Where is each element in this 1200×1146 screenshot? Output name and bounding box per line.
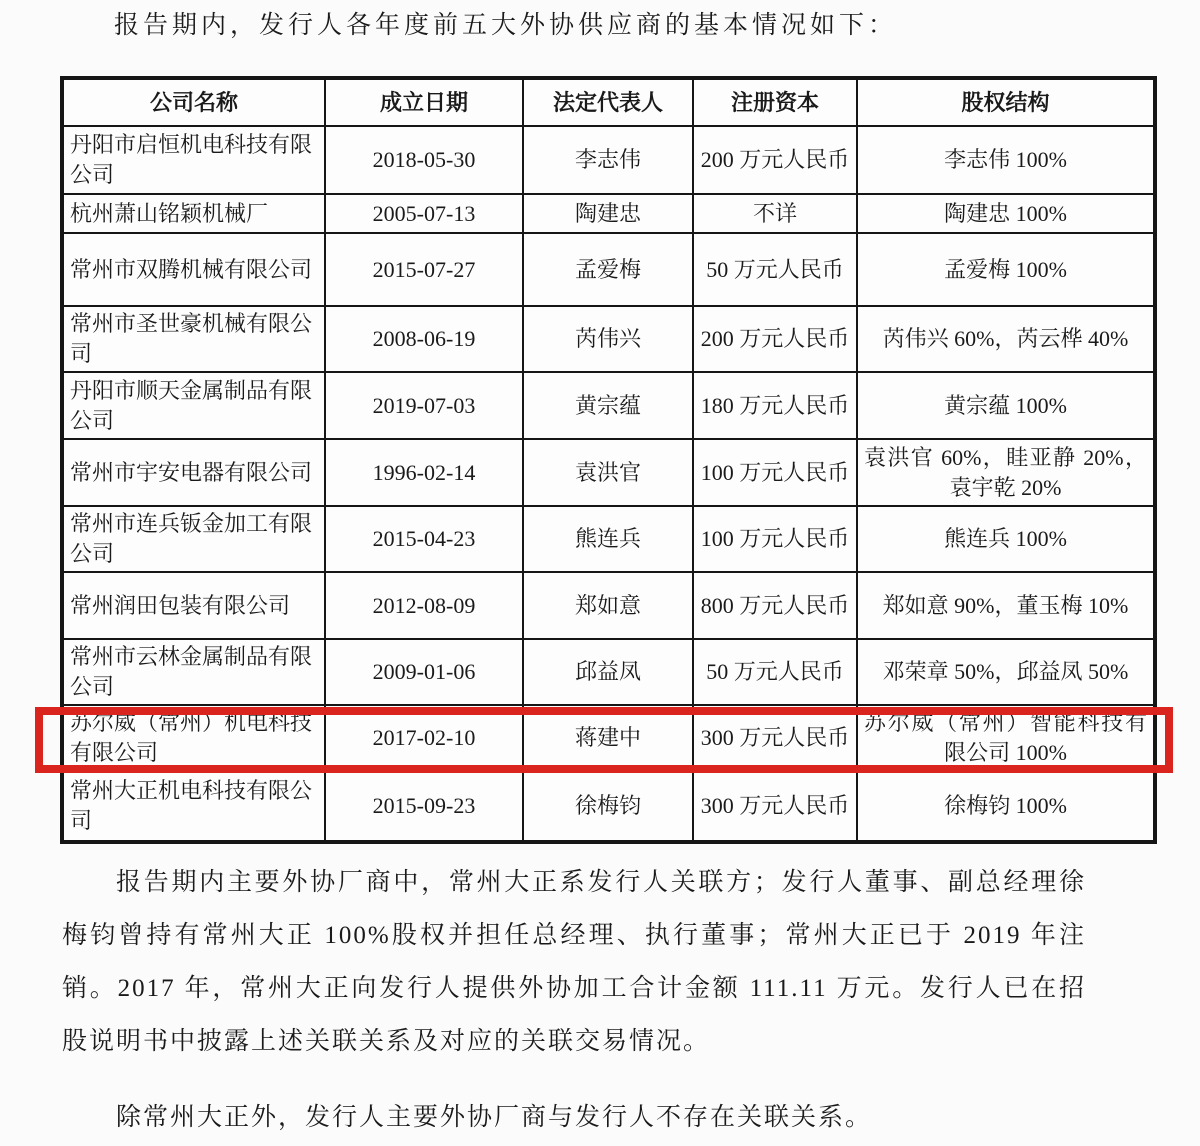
- document-page: 报告期内，发行人各年度前五大外协供应商的基本情况如下： 公司名称 成立日期 法定…: [0, 0, 1200, 1146]
- conclusion-paragraph: 除常州大正外，发行人主要外协厂商与发行人不存在关联关系。: [62, 1098, 1086, 1138]
- establish-date-cell: 2015-09-23: [325, 771, 523, 842]
- registered-capital-cell: 不详: [693, 194, 857, 233]
- ownership-structure-cell: 郑如意 90%，董玉梅 10%: [857, 572, 1155, 639]
- table-row: 常州市双腾机械有限公司 2015-07-27 孟爱梅 50 万元人民币 孟爱梅 …: [62, 233, 1155, 306]
- establish-date-cell: 2015-07-27: [325, 233, 523, 306]
- legal-representative-cell: 熊连兵: [523, 506, 693, 572]
- table-row: 常州润田包装有限公司 2012-08-09 郑如意 800 万元人民币 郑如意 …: [62, 572, 1155, 639]
- legal-representative-cell: 陶建忠: [523, 194, 693, 233]
- legal-representative-cell: 徐梅钧: [523, 771, 693, 842]
- ownership-structure-cell: 袁洪官 60%，眭亚静 20%，袁宇乾 20%: [857, 439, 1155, 506]
- registered-capital-cell: 180 万元人民币: [693, 372, 857, 439]
- table-row: 丹阳市顺天金属制品有限公司 2019-07-03 黄宗蕴 180 万元人民币 黄…: [62, 372, 1155, 439]
- header-legal-representative: 法定代表人: [523, 78, 693, 126]
- registered-capital-cell: 100 万元人民币: [693, 439, 857, 506]
- establish-date-cell: 2008-06-19: [325, 306, 523, 372]
- table-header-row: 公司名称 成立日期 法定代表人 注册资本 股权结构: [62, 78, 1155, 126]
- ownership-structure-cell: 陶建忠 100%: [857, 194, 1155, 233]
- establish-date-cell: 2015-04-23: [325, 506, 523, 572]
- company-name-cell: 常州润田包装有限公司: [62, 572, 325, 639]
- establish-date-cell: 2009-01-06: [325, 639, 523, 705]
- establish-date-cell: 1996-02-14: [325, 439, 523, 506]
- header-establish-date: 成立日期: [325, 78, 523, 126]
- ownership-structure-cell: 徐梅钧 100%: [857, 771, 1155, 842]
- table-row: 丹阳市启恒机电科技有限公司 2018-05-30 李志伟 200 万元人民币 李…: [62, 126, 1155, 194]
- company-name-cell: 常州市宇安电器有限公司: [62, 439, 325, 506]
- registered-capital-cell: 50 万元人民币: [693, 233, 857, 306]
- legal-representative-cell: 黄宗蕴: [523, 372, 693, 439]
- table-row: 常州市圣世豪机械有限公司 2008-06-19 芮伟兴 200 万元人民币 芮伟…: [62, 306, 1155, 372]
- registered-capital-cell: 200 万元人民币: [693, 306, 857, 372]
- intro-paragraph: 报告期内，发行人各年度前五大外协供应商的基本情况如下：: [62, 6, 1102, 46]
- legal-representative-cell: 孟爱梅: [523, 233, 693, 306]
- company-name-cell: 常州市连兵钣金加工有限公司: [62, 506, 325, 572]
- table-row: 杭州萧山铭颖机械厂 2005-07-13 陶建忠 不详 陶建忠 100%: [62, 194, 1155, 233]
- company-name-cell: 丹阳市启恒机电科技有限公司: [62, 126, 325, 194]
- company-name-cell: 杭州萧山铭颖机械厂: [62, 194, 325, 233]
- company-name-cell: 常州大正机电科技有限公司: [62, 771, 325, 842]
- ownership-structure-cell: 芮伟兴 60%，芮云桦 40%: [857, 306, 1155, 372]
- table-row: 常州市宇安电器有限公司 1996-02-14 袁洪官 100 万元人民币 袁洪官…: [62, 439, 1155, 506]
- ownership-structure-cell: 邓荣章 50%，邱益凤 50%: [857, 639, 1155, 705]
- table-row: 常州大正机电科技有限公司 2015-09-23 徐梅钧 300 万元人民币 徐梅…: [62, 771, 1155, 842]
- establish-date-cell: 2019-07-03: [325, 372, 523, 439]
- company-name-cell: 常州市圣世豪机械有限公司: [62, 306, 325, 372]
- ownership-structure-cell: 黄宗蕴 100%: [857, 372, 1155, 439]
- company-name-cell: 常州市双腾机械有限公司: [62, 233, 325, 306]
- registered-capital-cell: 100 万元人民币: [693, 506, 857, 572]
- registered-capital-cell: 50 万元人民币: [693, 639, 857, 705]
- ownership-structure-cell: 孟爱梅 100%: [857, 233, 1155, 306]
- registered-capital-cell: 800 万元人民币: [693, 572, 857, 639]
- table-row: 常州市连兵钣金加工有限公司 2015-04-23 熊连兵 100 万元人民币 熊…: [62, 506, 1155, 572]
- table-row: 常州市云林金属制品有限公司 2009-01-06 邱益凤 50 万元人民币 邓荣…: [62, 639, 1155, 705]
- establish-date-cell: 2012-08-09: [325, 572, 523, 639]
- legal-representative-cell: 芮伟兴: [523, 306, 693, 372]
- legal-representative-cell: 郑如意: [523, 572, 693, 639]
- company-name-cell: 常州市云林金属制品有限公司: [62, 639, 325, 705]
- company-name-cell: 丹阳市顺天金属制品有限公司: [62, 372, 325, 439]
- highlight-box: [35, 707, 1173, 773]
- ownership-structure-cell: 李志伟 100%: [857, 126, 1155, 194]
- establish-date-cell: 2005-07-13: [325, 194, 523, 233]
- related-party-paragraph: 报告期内主要外协厂商中，常州大正系发行人关联方；发行人董事、副总经理徐梅钧曾持有…: [62, 856, 1086, 1068]
- legal-representative-cell: 邱益凤: [523, 639, 693, 705]
- header-company-name: 公司名称: [62, 78, 325, 126]
- header-ownership-structure: 股权结构: [857, 78, 1155, 126]
- ownership-structure-cell: 熊连兵 100%: [857, 506, 1155, 572]
- registered-capital-cell: 200 万元人民币: [693, 126, 857, 194]
- legal-representative-cell: 李志伟: [523, 126, 693, 194]
- establish-date-cell: 2018-05-30: [325, 126, 523, 194]
- legal-representative-cell: 袁洪官: [523, 439, 693, 506]
- registered-capital-cell: 300 万元人民币: [693, 771, 857, 842]
- header-registered-capital: 注册资本: [693, 78, 857, 126]
